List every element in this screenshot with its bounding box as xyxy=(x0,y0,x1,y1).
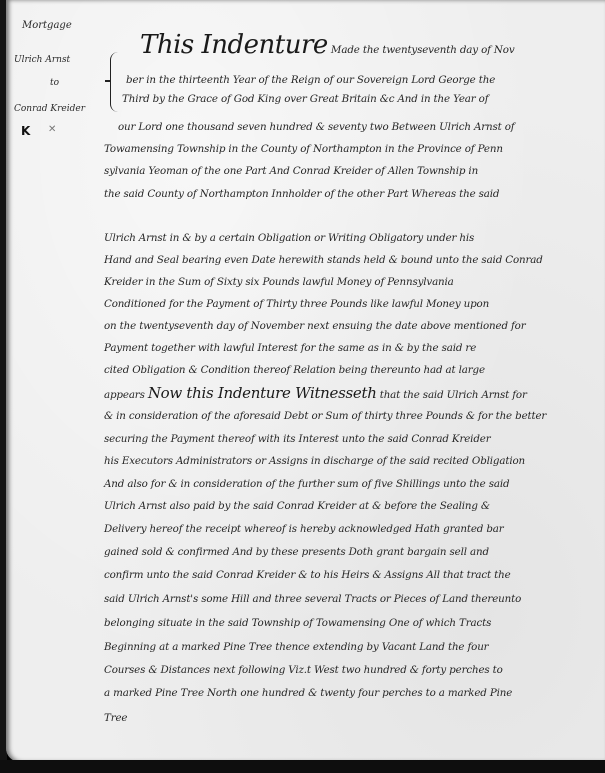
text-line-10: Kreider in the Sum of Sixty six Pounds l… xyxy=(104,276,454,288)
text-line-28: a marked Pine Tree North one hundred & t… xyxy=(104,687,512,699)
text-line-19: And also for & in consideration of the f… xyxy=(104,478,509,490)
text-line-26: Beginning at a marked Pine Tree thence e… xyxy=(104,641,488,653)
text-line-29: Tree xyxy=(104,712,127,724)
text-line-13: Payment together with lawful Interest fo… xyxy=(104,342,476,354)
text-line-27: Courses & Distances next following Viz.t… xyxy=(104,664,503,676)
text-line-16: & in consideration of the aforesaid Debt… xyxy=(104,410,546,422)
text-line-18: his Executors Administrators or Assigns … xyxy=(104,455,525,467)
text-line-21: Delivery hereof the receipt whereof is h… xyxy=(104,523,504,535)
text-line-8: Ulrich Arnst in & by a certain Obligatio… xyxy=(104,232,474,244)
text-line-5: Towamensing Township in the County of No… xyxy=(104,143,503,155)
text-line-24: said Ulrich Arnst's some Hill and three … xyxy=(104,593,521,605)
text-line-9: Hand and Seal bearing even Date herewith… xyxy=(104,254,543,266)
text-line-1: This Indenture Made the twentyseventh da… xyxy=(140,30,515,60)
text-line-15: appears Now this Indenture Witnesseth th… xyxy=(104,384,527,402)
text-line-11: Conditioned for the Payment of Thirty th… xyxy=(104,298,489,310)
indenture-heading: This Indenture xyxy=(140,30,328,60)
text-line-23: confirm unto the said Conrad Kreider & t… xyxy=(104,569,511,581)
text-line-17: securing the Payment thereof with its In… xyxy=(104,433,490,445)
text-line-12: on the twentyseventh day of November nex… xyxy=(104,320,526,332)
text-line-6: sylvania Yeoman of the one Part And Conr… xyxy=(104,165,478,177)
text-line-20: Ulrich Arnst also paid by the said Conra… xyxy=(104,500,490,512)
text-line-2: ber in the thirteenth Year of the Reign … xyxy=(126,74,495,86)
text-line-22: gained sold & confirmed And by these pre… xyxy=(104,546,489,558)
text-line-4: our Lord one thousand seven hundred & se… xyxy=(118,121,514,133)
manuscript-body: This Indenture Made the twentyseventh da… xyxy=(0,0,605,773)
text-line-25: belonging situate in the said Township o… xyxy=(104,617,491,629)
witnesseth-heading: Now this Indenture Witnesseth xyxy=(148,384,377,402)
text-line-3: Third by the Grace of God King over Grea… xyxy=(122,93,488,105)
text-line-14: cited Obligation & Condition thereof Rel… xyxy=(104,364,485,376)
text-line-7: the said County of Northampton Innholder… xyxy=(104,188,499,200)
